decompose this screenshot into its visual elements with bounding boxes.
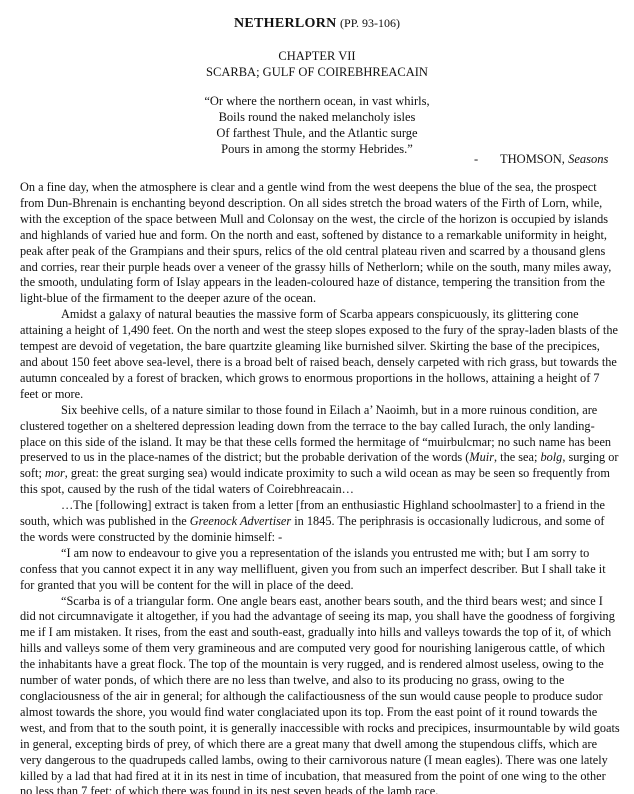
paragraph: Six beehive cells, of a nature similar t… [20,403,620,498]
paragraph: …The [following] extract is taken from a… [20,498,620,546]
paragraph: “Scarba is of a triangular form. One ang… [20,594,620,794]
attribution-author: THOMSON, [500,152,568,166]
paragraph: Amidst a galaxy of natural beauties the … [20,307,620,402]
verse-line: Of farthest Thule, and the Atlantic surg… [0,125,634,141]
page-range: (PP. 93-106) [340,16,400,30]
verse-line: Boils round the naked melancholy isles [0,109,634,125]
attribution-work: Seasons [568,152,608,166]
paragraph: “I am now to endeavour to give you a rep… [20,546,620,594]
epigraph-attribution: -THOMSON, Seasons [474,152,608,167]
text-run: , the sea; [494,450,540,464]
newspaper-title: Greenock Advertiser [190,514,291,528]
body-text: On a fine day, when the atmosphere is cl… [20,180,620,794]
gaelic-word: Muir [469,450,494,464]
book-title: NETHERLORN [234,16,337,31]
chapter-heading: CHAPTER VII SCARBA; GULF OF COIREBHREACA… [0,48,634,80]
gaelic-word: bolg [540,450,562,464]
verse-line: “Or where the northern ocean, in vast wh… [0,93,634,109]
paragraph: On a fine day, when the atmosphere is cl… [20,180,620,307]
text-run: , great: the great surging sea) would in… [20,466,610,496]
gaelic-word: mor [45,466,65,480]
chapter-number: CHAPTER VII [0,48,634,64]
page-title: NETHERLORN (PP. 93-106) [0,16,634,32]
attribution-dash: - [474,152,500,167]
epigraph-verse: “Or where the northern ocean, in vast wh… [0,93,634,157]
chapter-name: SCARBA; GULF OF COIREBHREACAIN [0,64,634,80]
